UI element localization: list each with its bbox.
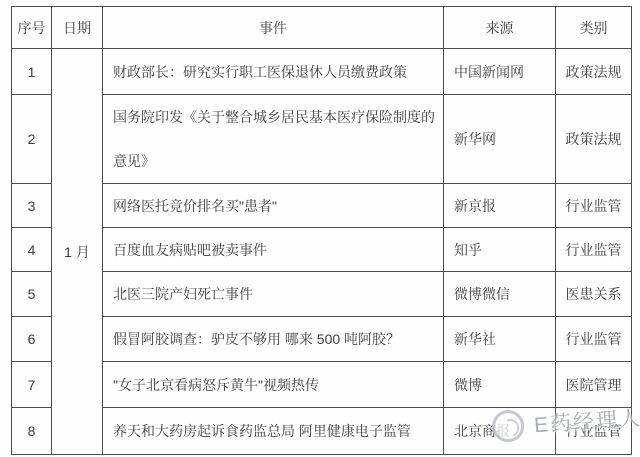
cell-event: 养天和大药房起诉食药监总局 阿里健康电子监管	[103, 408, 444, 455]
header-cell-date: 日期	[52, 7, 103, 49]
header-cell-event: 事件	[103, 7, 444, 49]
cell-category: 医院管理	[556, 362, 632, 408]
table-row: 7 "女子北京看病怒斥黄牛"视频热传 微博 医院管理	[12, 362, 632, 408]
table-row: 4 百度血友病贴吧被卖事件 知乎 行业监管	[12, 228, 632, 272]
cell-no: 1	[12, 49, 52, 95]
header-cell-category: 类别	[556, 7, 632, 49]
table-row: 2 国务院印发《关于整合城乡居民基本医疗保险制度的意见》 新华网 政策法规	[12, 95, 632, 184]
cell-event: 假冒阿胶调查：驴皮不够用 哪来 500 吨阿胶？	[103, 317, 444, 362]
cell-source: 微博	[444, 362, 556, 408]
cell-no: 6	[12, 317, 52, 362]
cell-no: 7	[12, 362, 52, 408]
cell-event: 百度血友病贴吧被卖事件	[103, 228, 444, 272]
cell-source: 知乎	[444, 228, 556, 272]
cell-source: 新华社	[444, 317, 556, 362]
cell-no: 4	[12, 228, 52, 272]
cell-category: 政策法规	[556, 95, 632, 184]
cell-category: 行业监管	[556, 317, 632, 362]
document-page: 序号 日期 事件 来源 类别 1 1 月 财政部长：研究实行职工医保退休人员缴费…	[0, 0, 640, 457]
cell-no: 3	[12, 184, 52, 228]
cell-source: 新京报	[444, 184, 556, 228]
table-row: 1 1 月 财政部长：研究实行职工医保退休人员缴费政策 中国新闻网 政策法规	[12, 49, 632, 95]
cell-source: 微博微信	[444, 272, 556, 317]
news-events-table: 序号 日期 事件 来源 类别 1 1 月 财政部长：研究实行职工医保退休人员缴费…	[11, 6, 632, 455]
cell-date-merged: 1 月	[52, 49, 103, 455]
cell-event: 国务院印发《关于整合城乡居民基本医疗保险制度的意见》	[103, 95, 444, 184]
cell-event: 网络医托竞价排名买"患者"	[103, 184, 444, 228]
cell-event: "女子北京看病怒斥黄牛"视频热传	[103, 362, 444, 408]
cell-event: 北医三院产妇死亡事件	[103, 272, 444, 317]
header-cell-no: 序号	[12, 7, 52, 49]
cell-category: 行业监管	[556, 228, 632, 272]
cell-no: 2	[12, 95, 52, 184]
header-cell-source: 来源	[444, 7, 556, 49]
table-row: 8 养天和大药房起诉食药监总局 阿里健康电子监管 北京商报 行业监管	[12, 408, 632, 455]
cell-source: 北京商报	[444, 408, 556, 455]
cell-event: 财政部长：研究实行职工医保退休人员缴费政策	[103, 49, 444, 95]
cell-category: 政策法规	[556, 49, 632, 95]
table-row: 3 网络医托竞价排名买"患者" 新京报 行业监管	[12, 184, 632, 228]
cell-source: 中国新闻网	[444, 49, 556, 95]
table-row: 5 北医三院产妇死亡事件 微博微信 医患关系	[12, 272, 632, 317]
cell-no: 5	[12, 272, 52, 317]
table-row: 6 假冒阿胶调查：驴皮不够用 哪来 500 吨阿胶？ 新华社 行业监管	[12, 317, 632, 362]
cell-category: 行业监管	[556, 184, 632, 228]
cell-category: 行业监管	[556, 408, 632, 455]
cell-source: 新华网	[444, 95, 556, 184]
table-header-row: 序号 日期 事件 来源 类别	[12, 7, 632, 49]
cell-category: 医患关系	[556, 272, 632, 317]
cell-no: 8	[12, 408, 52, 455]
